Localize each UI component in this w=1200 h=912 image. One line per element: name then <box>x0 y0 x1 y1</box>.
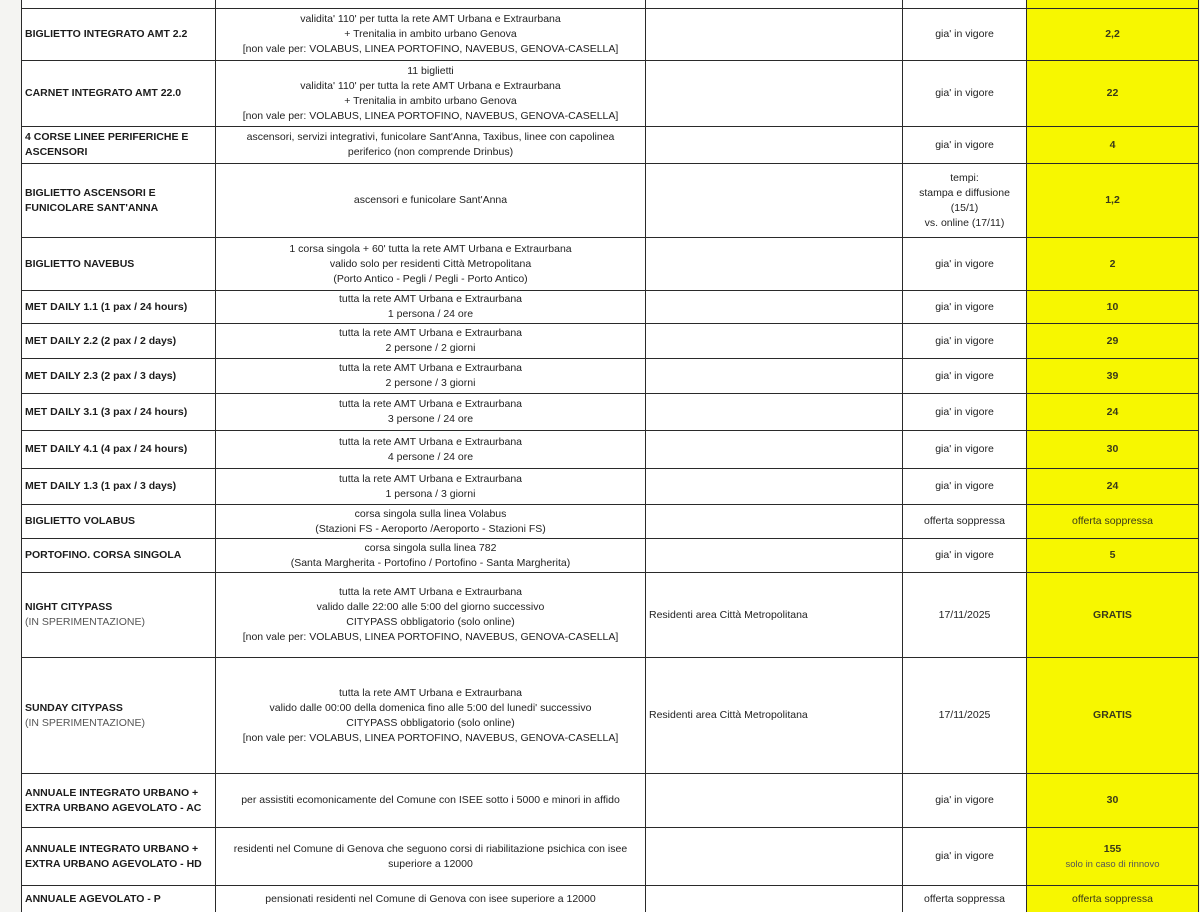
ticket-target-cell <box>646 291 903 324</box>
status-line: gia' in vigore <box>906 479 1023 494</box>
table-row: BIGLIETTO INTEGRATO AMT 2.2validita' 110… <box>22 9 1199 61</box>
status-line: gia' in vigore <box>906 548 1023 563</box>
table-row: SUNDAY CITYPASS(IN SPERIMENTAZIONE)tutta… <box>22 658 1199 774</box>
ticket-name: MET DAILY 4.1 (4 pax / 24 hours) <box>25 443 187 455</box>
status-line: gia' in vigore <box>906 257 1023 272</box>
ticket-name: MET DAILY 1.1 (1 pax / 24 hours) <box>25 301 187 313</box>
ticket-name-cell: MET DAILY 1.3 (1 pax / 3 days) <box>22 469 216 505</box>
ticket-price: 30 <box>1107 443 1119 455</box>
description-line: 1 persona / 24 ore <box>219 307 642 322</box>
ticket-status-cell: gia' in vigore <box>903 431 1027 469</box>
table-row: MET DAILY 2.3 (2 pax / 3 days)tutta la r… <box>22 359 1199 394</box>
status-line: stampa e diffusione <box>906 186 1023 201</box>
table-row: ANNUALE AGEVOLATO - Ppensionati resident… <box>22 886 1199 912</box>
description-line: ascensori e funicolare Sant'Anna <box>219 193 642 208</box>
table-row: CARNET INTEGRATO AMT 22.011 bigliettival… <box>22 61 1199 127</box>
ticket-status-cell: gia' in vigore <box>903 469 1027 505</box>
ticket-name: BIGLIETTO VOLABUS <box>25 515 135 527</box>
ticket-name: ANNUALE INTEGRATO URBANO + EXTRA URBANO … <box>25 843 202 870</box>
description-line: 2 persone / 3 giorni <box>219 376 642 391</box>
status-line: 17/11/2025 <box>906 708 1023 723</box>
ticket-target-cell <box>646 9 903 61</box>
ticket-description-cell: ascensori e funicolare Sant'Anna <box>216 164 646 238</box>
ticket-target-cell <box>646 505 903 539</box>
ticket-name: CARNET INTEGRATO AMT 22.0 <box>25 87 181 99</box>
ticket-status-cell: gia' in vigore <box>903 324 1027 359</box>
status-line: gia' in vigore <box>906 369 1023 384</box>
ticket-name-cell: BIGLIETTO VOLABUS <box>22 505 216 539</box>
ticket-target-cell <box>646 539 903 573</box>
table-row: ANNUALE INTEGRATO URBANO + EXTRA URBANO … <box>22 774 1199 828</box>
table-row: MET DAILY 2.2 (2 pax / 2 days)tutta la r… <box>22 324 1199 359</box>
ticket-description-cell: tutta la rete AMT Urbana e Extraurbana2 … <box>216 359 646 394</box>
ticket-target-cell <box>646 61 903 127</box>
ticket-status-cell: offerta soppressa <box>903 505 1027 539</box>
status-line: gia' in vigore <box>906 334 1023 349</box>
ticket-target-cell <box>646 164 903 238</box>
ticket-price: 1,2 <box>1105 194 1120 206</box>
description-line: 4 persone / 24 ore <box>219 450 642 465</box>
ticket-name-cell: BIGLIETTO ASCENSORI E FUNICOLARE SANT'AN… <box>22 164 216 238</box>
table-row: MET DAILY 1.1 (1 pax / 24 hours)tutta la… <box>22 291 1199 324</box>
table-row: BIGLIETTO NAVEBUS1 corsa singola + 60' t… <box>22 238 1199 291</box>
ticket-name-cell: 4 CORSE LINEE PERIFERICHE E ASCENSORI <box>22 127 216 164</box>
ticket-description-cell: tutta la rete AMT Urbana e Extraurbana1 … <box>216 469 646 505</box>
ticket-price: 24 <box>1107 406 1119 418</box>
description-line: 1 corsa singola + 60' tutta la rete AMT … <box>219 242 642 257</box>
ticket-price: 39 <box>1107 370 1119 382</box>
description-line: ascensori, servizi integrativi, funicola… <box>219 130 642 145</box>
description-line: periferico (non comprende Drinbus) <box>219 145 642 160</box>
ticket-status-cell: gia' in vigore <box>903 359 1027 394</box>
description-line: corsa singola sulla linea 782 <box>219 541 642 556</box>
ticket-name: MET DAILY 2.2 (2 pax / 2 days) <box>25 335 176 347</box>
description-line: (Stazioni FS - Aeroporto /Aeroporto - St… <box>219 522 642 537</box>
ticket-target-cell <box>646 0 903 9</box>
ticket-price: offerta soppressa <box>1072 893 1153 905</box>
ticket-price-cell: GRATIS <box>1027 573 1199 658</box>
description-line: tutta la rete AMT Urbana e Extraurbana <box>219 292 642 307</box>
ticket-name: MET DAILY 2.3 (2 pax / 3 days) <box>25 370 176 382</box>
table-row: ANNUALE INTEGRATO URBANO + EXTRA URBANO … <box>22 828 1199 886</box>
fare-table: BIGLIETTO INTEGRATO AMT 2.2validita' 110… <box>21 0 1199 912</box>
ticket-description-cell: tutta la rete AMT Urbana e Extraurbanava… <box>216 573 646 658</box>
ticket-name: NIGHT CITYPASS <box>25 601 112 613</box>
ticket-name: PORTOFINO. CORSA SINGOLA <box>25 549 181 561</box>
description-line: residenti nel Comune di Genova che seguo… <box>219 842 642 857</box>
ticket-description-cell: tutta la rete AMT Urbana e Extraurbana2 … <box>216 324 646 359</box>
description-line: 2 persone / 2 giorni <box>219 341 642 356</box>
status-line: gia' in vigore <box>906 405 1023 420</box>
description-line: [non vale per: VOLABUS, LINEA PORTOFINO,… <box>219 731 642 746</box>
ticket-price: offerta soppressa <box>1072 515 1153 527</box>
ticket-name: BIGLIETTO ASCENSORI E FUNICOLARE SANT'AN… <box>25 187 158 214</box>
ticket-description-cell <box>216 0 646 9</box>
ticket-status-cell: gia' in vigore <box>903 61 1027 127</box>
ticket-price-cell: 2 <box>1027 238 1199 291</box>
status-line: gia' in vigore <box>906 27 1023 42</box>
description-line: per assistiti ecomonicamente del Comune … <box>219 793 642 808</box>
ticket-name: SUNDAY CITYPASS <box>25 702 123 714</box>
ticket-status-cell: tempi:stampa e diffusione(15/1)vs. onlin… <box>903 164 1027 238</box>
ticket-target-cell <box>646 394 903 431</box>
description-line: [non vale per: VOLABUS, LINEA PORTOFINO,… <box>219 630 642 645</box>
status-line: gia' in vigore <box>906 86 1023 101</box>
ticket-description-cell: tutta la rete AMT Urbana e Extraurbana1 … <box>216 291 646 324</box>
ticket-price-cell: 1,2 <box>1027 164 1199 238</box>
status-line: 17/11/2025 <box>906 608 1023 623</box>
ticket-name-cell: BIGLIETTO INTEGRATO AMT 2.2 <box>22 9 216 61</box>
description-line: CITYPASS obbligatorio (solo online) <box>219 716 642 731</box>
ticket-name: ANNUALE INTEGRATO URBANO + EXTRA URBANO … <box>25 787 201 814</box>
ticket-price-cell: 2,2 <box>1027 9 1199 61</box>
ticket-price: 30 <box>1107 794 1119 806</box>
description-line: (Santa Margherita - Portofino / Portofin… <box>219 556 642 571</box>
ticket-description-cell: 11 bigliettivalidita' 110' per tutta la … <box>216 61 646 127</box>
ticket-name-cell: MET DAILY 4.1 (4 pax / 24 hours) <box>22 431 216 469</box>
status-line: gia' in vigore <box>906 138 1023 153</box>
table-row: MET DAILY 1.3 (1 pax / 3 days)tutta la r… <box>22 469 1199 505</box>
ticket-status-cell <box>903 0 1027 9</box>
status-line: gia' in vigore <box>906 442 1023 457</box>
ticket-status-cell: gia' in vigore <box>903 9 1027 61</box>
ticket-name: ANNUALE AGEVOLATO - P <box>25 893 161 905</box>
description-line: + Trenitalia in ambito urbano Genova <box>219 94 642 109</box>
ticket-price-cell: 29 <box>1027 324 1199 359</box>
table-row: BIGLIETTO ASCENSORI E FUNICOLARE SANT'AN… <box>22 164 1199 238</box>
ticket-target-cell <box>646 324 903 359</box>
ticket-description-cell: ascensori, servizi integrativi, funicola… <box>216 127 646 164</box>
ticket-name: BIGLIETTO NAVEBUS <box>25 258 134 270</box>
ticket-target-cell <box>646 127 903 164</box>
ticket-price-cell: 10 <box>1027 291 1199 324</box>
description-line: valido dalle 22:00 alle 5:00 del giorno … <box>219 600 642 615</box>
description-line: tutta la rete AMT Urbana e Extraurbana <box>219 361 642 376</box>
ticket-name: MET DAILY 3.1 (3 pax / 24 hours) <box>25 406 187 418</box>
ticket-name-cell: MET DAILY 2.2 (2 pax / 2 days) <box>22 324 216 359</box>
ticket-description-cell: per assistiti ecomonicamente del Comune … <box>216 774 646 828</box>
ticket-name-cell: ANNUALE AGEVOLATO - P <box>22 886 216 912</box>
ticket-price: GRATIS <box>1093 709 1132 721</box>
description-line: valido solo per residenti Città Metropol… <box>219 257 642 272</box>
ticket-status-cell: gia' in vigore <box>903 828 1027 886</box>
description-line: corsa singola sulla linea Volabus <box>219 507 642 522</box>
description-line: superiore a 12000 <box>219 857 642 872</box>
description-line: (Porto Antico - Pegli / Pegli - Porto An… <box>219 272 642 287</box>
description-line: valido dalle 00:00 della domenica fino a… <box>219 701 642 716</box>
ticket-price-cell: 155solo in caso di rinnovo <box>1027 828 1199 886</box>
ticket-price-cell: offerta soppressa <box>1027 886 1199 912</box>
ticket-name: MET DAILY 1.3 (1 pax / 3 days) <box>25 480 176 492</box>
ticket-name-cell: PORTOFINO. CORSA SINGOLA <box>22 539 216 573</box>
table-row: MET DAILY 3.1 (3 pax / 24 hours)tutta la… <box>22 394 1199 431</box>
ticket-price: 155 <box>1104 843 1122 855</box>
table-row: PORTOFINO. CORSA SINGOLAcorsa singola su… <box>22 539 1199 573</box>
ticket-status-cell: gia' in vigore <box>903 291 1027 324</box>
ticket-description-cell: 1 corsa singola + 60' tutta la rete AMT … <box>216 238 646 291</box>
ticket-name-cell: SUNDAY CITYPASS(IN SPERIMENTAZIONE) <box>22 658 216 774</box>
ticket-description-cell: pensionati residenti nel Comune di Genov… <box>216 886 646 912</box>
description-line: tutta la rete AMT Urbana e Extraurbana <box>219 397 642 412</box>
ticket-price: 29 <box>1107 335 1119 347</box>
description-line: tutta la rete AMT Urbana e Extraurbana <box>219 585 642 600</box>
table-row: NIGHT CITYPASS(IN SPERIMENTAZIONE)tutta … <box>22 573 1199 658</box>
description-line: [non vale per: VOLABUS, LINEA PORTOFINO,… <box>219 42 642 57</box>
ticket-name-cell: MET DAILY 1.1 (1 pax / 24 hours) <box>22 291 216 324</box>
fare-table-body: BIGLIETTO INTEGRATO AMT 2.2validita' 110… <box>22 0 1199 912</box>
ticket-price: GRATIS <box>1093 609 1132 621</box>
description-line: tutta la rete AMT Urbana e Extraurbana <box>219 326 642 341</box>
ticket-description-cell: corsa singola sulla linea Volabus(Stazio… <box>216 505 646 539</box>
ticket-name-subtitle: (IN SPERIMENTAZIONE) <box>25 716 212 731</box>
ticket-price: 2 <box>1110 258 1116 270</box>
status-line: offerta soppressa <box>906 892 1023 907</box>
ticket-price-cell: 39 <box>1027 359 1199 394</box>
ticket-price-cell <box>1027 0 1199 9</box>
ticket-target-cell <box>646 828 903 886</box>
ticket-price-cell: offerta soppressa <box>1027 505 1199 539</box>
ticket-price-note: solo in caso di rinnovo <box>1030 857 1195 872</box>
ticket-target-cell: Residenti area Città Metropolitana <box>646 573 903 658</box>
description-line: 1 persona / 3 giorni <box>219 487 642 502</box>
ticket-target-cell <box>646 774 903 828</box>
status-line: (15/1) <box>906 201 1023 216</box>
ticket-price-cell: 5 <box>1027 539 1199 573</box>
ticket-description-cell: validita' 110' per tutta la rete AMT Urb… <box>216 9 646 61</box>
ticket-status-cell: gia' in vigore <box>903 394 1027 431</box>
ticket-description-cell: tutta la rete AMT Urbana e Extraurbana4 … <box>216 431 646 469</box>
description-line: CITYPASS obbligatorio (solo online) <box>219 615 642 630</box>
ticket-price: 4 <box>1110 139 1116 151</box>
ticket-target-cell <box>646 469 903 505</box>
ticket-name-cell: CARNET INTEGRATO AMT 22.0 <box>22 61 216 127</box>
description-line: tutta la rete AMT Urbana e Extraurbana <box>219 435 642 450</box>
description-line: [non vale per: VOLABUS, LINEA PORTOFINO,… <box>219 109 642 124</box>
ticket-name-cell: BIGLIETTO NAVEBUS <box>22 238 216 291</box>
ticket-name-cell: ANNUALE INTEGRATO URBANO + EXTRA URBANO … <box>22 828 216 886</box>
ticket-price-cell: 24 <box>1027 469 1199 505</box>
ticket-name-cell: NIGHT CITYPASS(IN SPERIMENTAZIONE) <box>22 573 216 658</box>
status-line: gia' in vigore <box>906 300 1023 315</box>
ticket-name-subtitle: (IN SPERIMENTAZIONE) <box>25 615 212 630</box>
ticket-status-cell: gia' in vigore <box>903 238 1027 291</box>
ticket-name: 4 CORSE LINEE PERIFERICHE E ASCENSORI <box>25 131 188 158</box>
status-line: gia' in vigore <box>906 793 1023 808</box>
table-row: 4 CORSE LINEE PERIFERICHE E ASCENSORIasc… <box>22 127 1199 164</box>
description-line: 3 persone / 24 ore <box>219 412 642 427</box>
ticket-status-cell: gia' in vigore <box>903 539 1027 573</box>
ticket-target-cell <box>646 886 903 912</box>
ticket-status-cell: offerta soppressa <box>903 886 1027 912</box>
ticket-description-cell: tutta la rete AMT Urbana e Extraurbanava… <box>216 658 646 774</box>
ticket-target-cell <box>646 238 903 291</box>
ticket-name: BIGLIETTO INTEGRATO AMT 2.2 <box>25 28 187 40</box>
ticket-target-cell <box>646 359 903 394</box>
description-line: tutta la rete AMT Urbana e Extraurbana <box>219 686 642 701</box>
ticket-price: 22 <box>1107 87 1119 99</box>
ticket-price-cell: 24 <box>1027 394 1199 431</box>
ticket-status-cell: 17/11/2025 <box>903 658 1027 774</box>
ticket-price-cell: 30 <box>1027 774 1199 828</box>
ticket-name-cell <box>22 0 216 9</box>
description-line: 11 biglietti <box>219 64 642 79</box>
table-row: BIGLIETTO VOLABUScorsa singola sulla lin… <box>22 505 1199 539</box>
ticket-description-cell: residenti nel Comune di Genova che seguo… <box>216 828 646 886</box>
ticket-price: 10 <box>1107 301 1119 313</box>
ticket-name-cell: ANNUALE INTEGRATO URBANO + EXTRA URBANO … <box>22 774 216 828</box>
ticket-price-cell: 22 <box>1027 61 1199 127</box>
ticket-price: 2,2 <box>1105 28 1120 40</box>
status-line: vs. online (17/11) <box>906 216 1023 231</box>
table-row: MET DAILY 4.1 (4 pax / 24 hours)tutta la… <box>22 431 1199 469</box>
description-line: pensionati residenti nel Comune di Genov… <box>219 892 642 907</box>
description-line: validita' 110' per tutta la rete AMT Urb… <box>219 12 642 27</box>
description-line: validita' 110' per tutta la rete AMT Urb… <box>219 79 642 94</box>
table-row <box>22 0 1199 9</box>
ticket-status-cell: gia' in vigore <box>903 774 1027 828</box>
ticket-description-cell: corsa singola sulla linea 782(Santa Marg… <box>216 539 646 573</box>
ticket-price-cell: GRATIS <box>1027 658 1199 774</box>
ticket-price-cell: 30 <box>1027 431 1199 469</box>
status-line: gia' in vigore <box>906 849 1023 864</box>
ticket-name-cell: MET DAILY 2.3 (2 pax / 3 days) <box>22 359 216 394</box>
ticket-price-cell: 4 <box>1027 127 1199 164</box>
ticket-target-cell <box>646 431 903 469</box>
ticket-status-cell: 17/11/2025 <box>903 573 1027 658</box>
ticket-target-cell: Residenti area Città Metropolitana <box>646 658 903 774</box>
ticket-status-cell: gia' in vigore <box>903 127 1027 164</box>
description-line: + Trenitalia in ambito urbano Genova <box>219 27 642 42</box>
ticket-price: 24 <box>1107 480 1119 492</box>
ticket-name-cell: MET DAILY 3.1 (3 pax / 24 hours) <box>22 394 216 431</box>
ticket-price: 5 <box>1110 549 1116 561</box>
status-line: offerta soppressa <box>906 514 1023 529</box>
status-line: tempi: <box>906 171 1023 186</box>
description-line: tutta la rete AMT Urbana e Extraurbana <box>219 472 642 487</box>
ticket-description-cell: tutta la rete AMT Urbana e Extraurbana3 … <box>216 394 646 431</box>
